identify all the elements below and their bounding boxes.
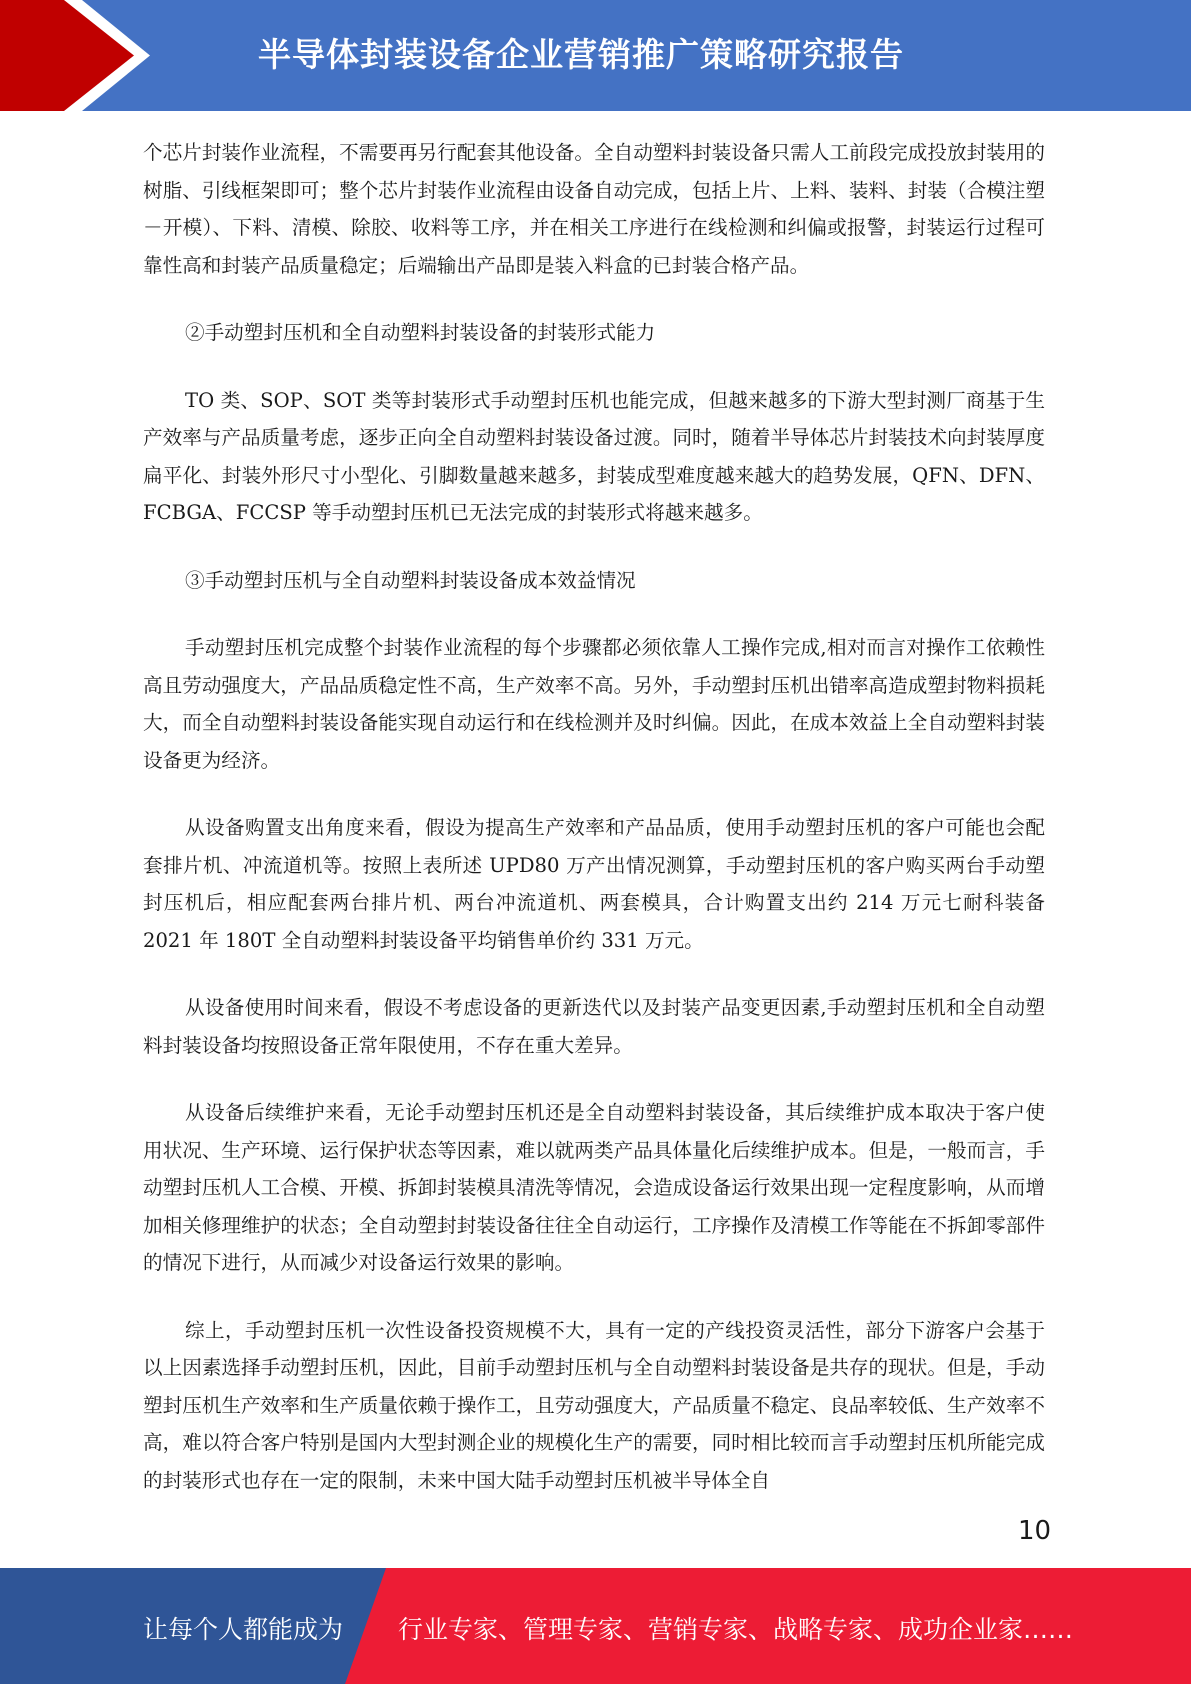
section-heading-cost-benefit: ③手动塑封压机与全自动塑料封装设备成本效益情况 — [143, 562, 1045, 600]
paragraph: TO 类、SOP、SOT 类等封装形式手动塑封压机也能完成，但越来越多的下游大型… — [143, 382, 1045, 532]
footer-slogan-right: 行业专家、管理专家、营销专家、战略专家、成功企业家…… — [398, 1610, 1073, 1646]
footer-banner: 让每个人都能成为 行业专家、管理专家、营销专家、战略专家、成功企业家…… — [0, 1568, 1191, 1684]
paragraph: 手动塑封压机完成整个封装作业流程的每个步骤都必须依靠人工操作完成,相对而言对操作… — [143, 629, 1045, 779]
document-body: 个芯片封装作业流程，不需要再另行配套其他设备。全自动塑料封装设备只需人工前段完成… — [143, 134, 1045, 1529]
report-header-band: 半导体封装设备企业营销推广策略研究报告 — [0, 0, 1191, 111]
section-heading-packaging-capability: ②手动塑封压机和全自动塑料封装设备的封装形式能力 — [143, 314, 1045, 352]
paragraph-continuation: 个芯片封装作业流程，不需要再另行配套其他设备。全自动塑料封装设备只需人工前段完成… — [143, 134, 1045, 284]
report-title: 半导体封装设备企业营销推广策略研究报告 — [258, 30, 904, 80]
page-number: 10 — [1018, 1516, 1051, 1546]
header-arrow-icon — [0, 0, 140, 111]
footer-slogan-left: 让每个人都能成为 — [143, 1610, 343, 1646]
paragraph: 从设备购置支出角度来看，假设为提高生产效率和产品品质，使用手动塑封压机的客户可能… — [143, 809, 1045, 959]
paragraph: 从设备使用时间来看，假设不考虑设备的更新迭代以及封装产品变更因素,手动塑封压机和… — [143, 989, 1045, 1064]
paragraph: 从设备后续维护来看，无论手动塑封压机还是全自动塑料封装设备，其后续维护成本取决于… — [143, 1094, 1045, 1282]
paragraph: 综上，手动塑封压机一次性设备投资规模不大，具有一定的产线投资灵活性，部分下游客户… — [143, 1312, 1045, 1500]
